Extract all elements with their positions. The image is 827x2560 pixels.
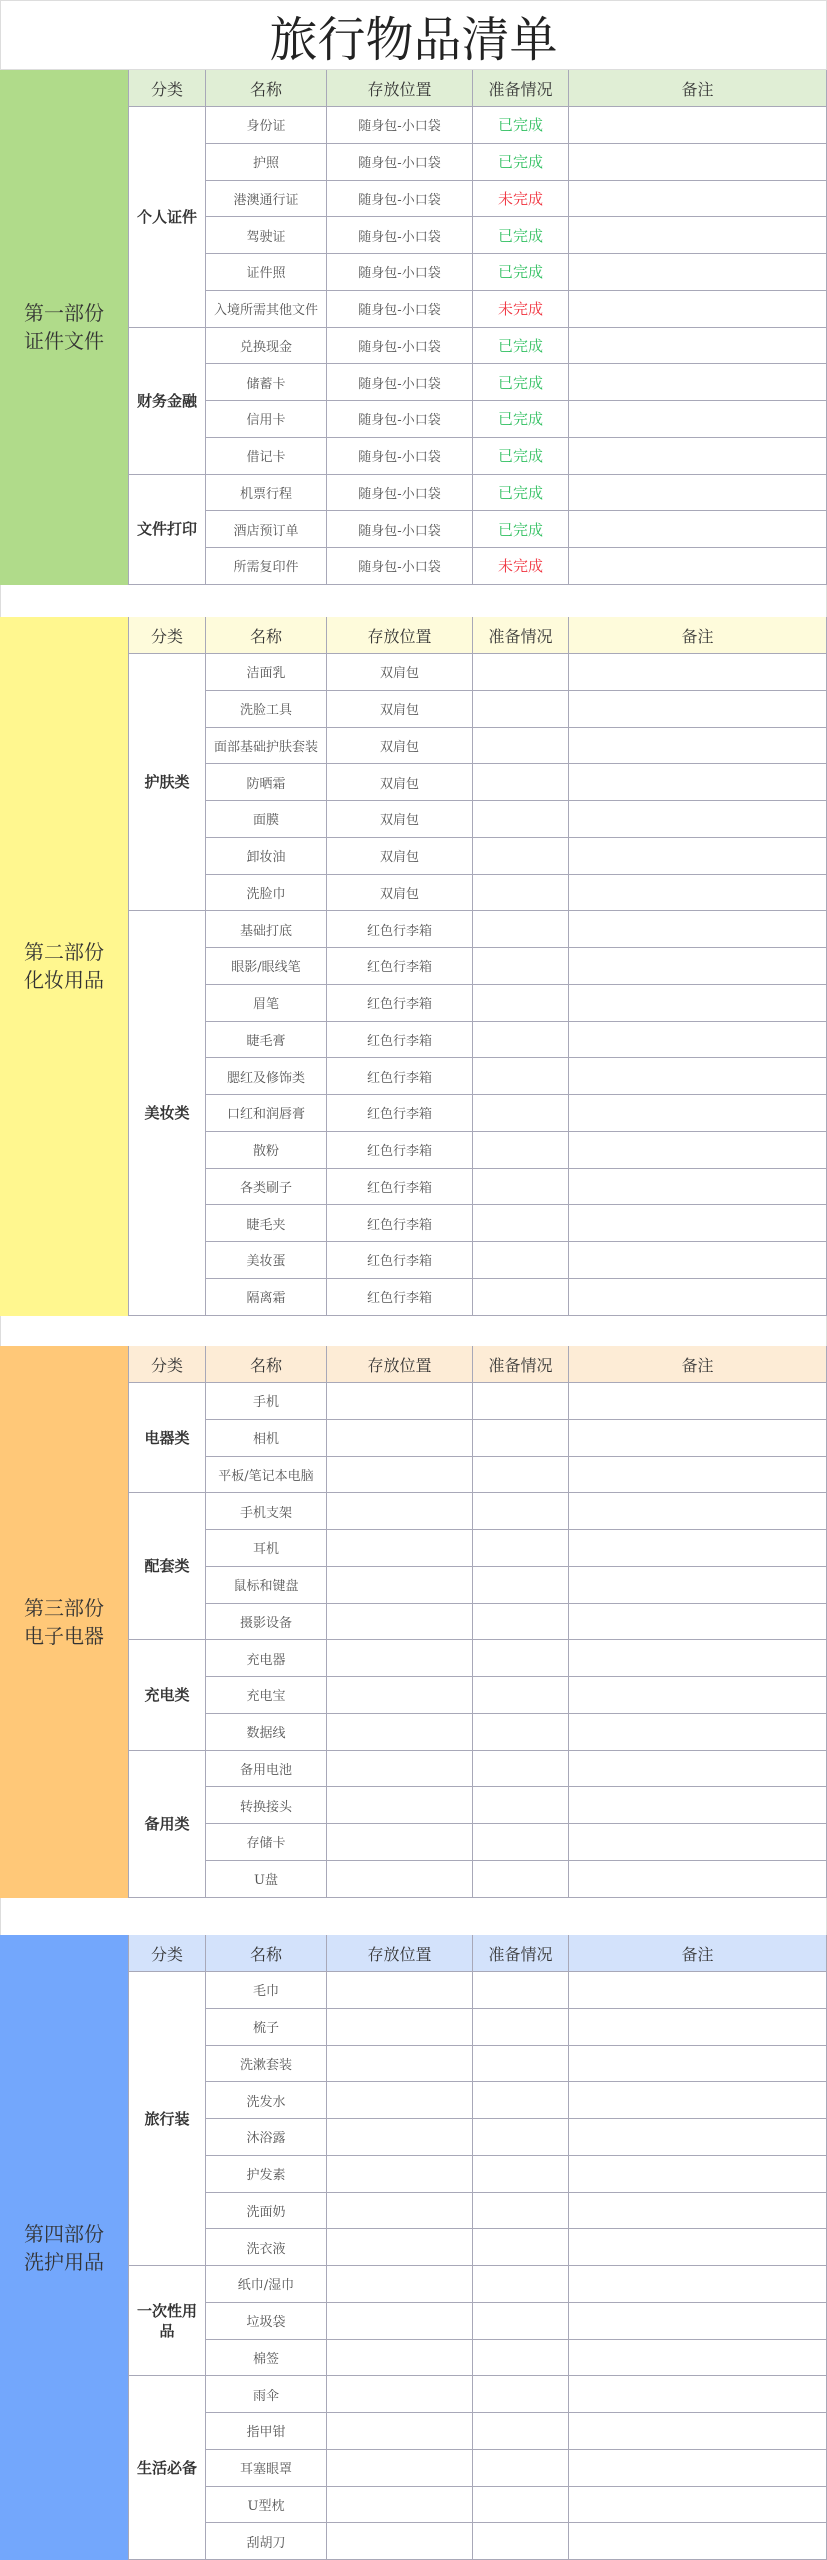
item-note-cell[interactable] xyxy=(569,1095,827,1132)
item-status-cell[interactable] xyxy=(473,2450,569,2487)
item-status-cell[interactable] xyxy=(473,875,569,912)
item-name-cell[interactable]: 证件照 xyxy=(206,254,327,291)
item-note-cell[interactable] xyxy=(569,985,827,1022)
item-status-cell[interactable] xyxy=(473,838,569,875)
item-note-cell[interactable] xyxy=(569,801,827,838)
item-status-cell[interactable] xyxy=(473,1824,569,1861)
header-name: 名称 xyxy=(206,617,327,654)
table-row: 防晒霜双肩包 xyxy=(129,764,827,801)
item-note-cell[interactable] xyxy=(569,475,827,512)
item-name-cell[interactable]: 手机 xyxy=(206,1383,327,1420)
item-status-cell[interactable] xyxy=(473,1169,569,1206)
table-row: 信用卡随身包-小口袋已完成 xyxy=(129,401,827,438)
item-location-cell[interactable]: 红色行李箱 xyxy=(327,1022,473,1059)
header-location: 存放位置 xyxy=(327,617,473,654)
item-status-cell[interactable] xyxy=(473,1242,569,1279)
item-name-cell[interactable]: 洗衣液 xyxy=(206,2229,327,2266)
item-status-cell[interactable] xyxy=(473,1787,569,1824)
header-note: 备注 xyxy=(569,1346,827,1383)
section-spacer xyxy=(0,1316,827,1347)
item-name-cell[interactable]: 面膜 xyxy=(206,801,327,838)
item-name-cell[interactable]: 毛巾 xyxy=(206,1972,327,2009)
item-status-cell[interactable] xyxy=(473,2523,569,2560)
table-row: 平板/笔记本电脑 xyxy=(129,1457,827,1494)
item-location-cell[interactable]: 双肩包 xyxy=(327,875,473,912)
item-location-cell[interactable]: 红色行李箱 xyxy=(327,948,473,985)
item-note-cell[interactable] xyxy=(569,728,827,765)
section-label: 第一部份 证件文件 xyxy=(0,70,129,585)
item-status-cell[interactable] xyxy=(473,2340,569,2377)
item-name-cell[interactable]: 洗漱套装 xyxy=(206,2046,327,2083)
item-note-cell[interactable] xyxy=(569,1530,827,1567)
item-location-cell[interactable]: 红色行李箱 xyxy=(327,1169,473,1206)
item-note-cell[interactable] xyxy=(569,254,827,291)
table-row: U型枕 xyxy=(129,2487,827,2524)
item-location-cell[interactable]: 红色行李箱 xyxy=(327,1242,473,1279)
table-row: 数据线 xyxy=(129,1714,827,1751)
item-status-cell[interactable]: 已完成 xyxy=(473,401,569,438)
item-location-cell[interactable]: 双肩包 xyxy=(327,764,473,801)
item-note-cell[interactable] xyxy=(569,1751,827,1788)
item-note-cell[interactable] xyxy=(569,1169,827,1206)
item-note-cell[interactable] xyxy=(569,438,827,475)
item-status-cell[interactable] xyxy=(473,2303,569,2340)
table-row: 储蓄卡随身包-小口袋已完成 xyxy=(129,364,827,401)
table-row: 面部基础护肤套装双肩包 xyxy=(129,728,827,765)
item-name-cell[interactable]: 身份证 xyxy=(206,107,327,144)
table-header-row: 分类名称存放位置准备情况备注 xyxy=(129,617,827,654)
item-location-cell[interactable] xyxy=(327,1972,473,2009)
item-note-cell[interactable] xyxy=(569,911,827,948)
table-row: 眉笔红色行李箱 xyxy=(129,985,827,1022)
item-note-cell[interactable] xyxy=(569,364,827,401)
item-note-cell[interactable] xyxy=(569,838,827,875)
item-location-cell[interactable] xyxy=(327,2376,473,2413)
item-note-cell[interactable] xyxy=(569,764,827,801)
item-location-cell[interactable]: 红色行李箱 xyxy=(327,1095,473,1132)
table-row: 充电宝 xyxy=(129,1677,827,1714)
item-note-cell[interactable] xyxy=(569,948,827,985)
item-status-cell[interactable] xyxy=(473,2266,569,2303)
item-status-cell[interactable] xyxy=(473,654,569,691)
item-name-cell[interactable]: 垃圾袋 xyxy=(206,2303,327,2340)
item-note-cell[interactable] xyxy=(569,1787,827,1824)
item-note-cell[interactable] xyxy=(569,875,827,912)
item-location-cell[interactable]: 随身包-小口袋 xyxy=(327,364,473,401)
item-name-cell[interactable]: 护发素 xyxy=(206,2156,327,2193)
item-note-cell[interactable] xyxy=(569,2266,827,2303)
item-note-cell[interactable] xyxy=(569,1457,827,1494)
item-status-cell[interactable] xyxy=(473,1095,569,1132)
item-note-cell[interactable] xyxy=(569,107,827,144)
item-name-cell[interactable]: 梳子 xyxy=(206,2009,327,2046)
table-row: 耳塞眼罩 xyxy=(129,2450,827,2487)
item-name-cell[interactable]: 储蓄卡 xyxy=(206,364,327,401)
item-name-cell[interactable]: 存储卡 xyxy=(206,1824,327,1861)
item-location-cell[interactable] xyxy=(327,1787,473,1824)
table-row: 刮胡刀 xyxy=(129,2523,827,2560)
item-status-cell[interactable] xyxy=(473,2193,569,2230)
item-note-cell[interactable] xyxy=(569,181,827,218)
item-status-cell[interactable] xyxy=(473,2229,569,2266)
item-location-cell[interactable]: 双肩包 xyxy=(327,691,473,728)
item-location-cell[interactable] xyxy=(327,1420,473,1457)
item-status-cell[interactable] xyxy=(473,1022,569,1059)
item-location-cell[interactable] xyxy=(327,1604,473,1641)
item-name-cell[interactable]: 棉签 xyxy=(206,2340,327,2377)
header-category: 分类 xyxy=(129,617,206,654)
table-header-row: 分类名称存放位置准备情况备注 xyxy=(129,1935,827,1972)
item-status-cell[interactable] xyxy=(473,801,569,838)
item-status-cell[interactable]: 已完成 xyxy=(473,364,569,401)
table-header-row: 分类名称存放位置准备情况备注 xyxy=(129,70,827,107)
item-note-cell[interactable] xyxy=(569,2376,827,2413)
item-location-cell[interactable] xyxy=(327,1714,473,1751)
item-name-cell[interactable]: 基础打底 xyxy=(206,911,327,948)
item-status-cell[interactable] xyxy=(473,1861,569,1898)
item-status-cell[interactable] xyxy=(473,691,569,728)
item-location-cell[interactable] xyxy=(327,1861,473,1898)
item-name-cell[interactable]: 洗脸巾 xyxy=(206,875,327,912)
item-note-cell[interactable] xyxy=(569,1279,827,1316)
table-row: 棉签 xyxy=(129,2340,827,2377)
item-note-cell[interactable] xyxy=(569,1861,827,1898)
item-name-cell[interactable]: 耳机 xyxy=(206,1530,327,1567)
item-location-cell[interactable]: 随身包-小口袋 xyxy=(327,475,473,512)
item-note-cell[interactable] xyxy=(569,1383,827,1420)
item-location-cell[interactable]: 红色行李箱 xyxy=(327,1132,473,1169)
item-status-cell[interactable] xyxy=(473,2156,569,2193)
header-status: 准备情况 xyxy=(473,1935,569,1972)
item-note-cell[interactable] xyxy=(569,1022,827,1059)
item-status-cell[interactable]: 已完成 xyxy=(473,438,569,475)
item-status-cell[interactable] xyxy=(473,1383,569,1420)
item-name-cell[interactable]: 沐浴露 xyxy=(206,2119,327,2156)
item-name-cell[interactable]: 护照 xyxy=(206,144,327,181)
table-row: 毛巾 xyxy=(129,1972,827,2009)
item-note-cell[interactable] xyxy=(569,2046,827,2083)
item-location-cell[interactable] xyxy=(327,2523,473,2560)
table-row: 手机支架 xyxy=(129,1493,827,1530)
item-name-cell[interactable]: 睫毛膏 xyxy=(206,1022,327,1059)
item-location-cell[interactable]: 双肩包 xyxy=(327,801,473,838)
item-location-cell[interactable] xyxy=(327,2340,473,2377)
item-status-cell[interactable] xyxy=(473,1205,569,1242)
item-location-cell[interactable] xyxy=(327,2450,473,2487)
item-name-cell[interactable]: 防晒霜 xyxy=(206,764,327,801)
item-status-cell[interactable]: 未完成 xyxy=(473,548,569,585)
item-name-cell[interactable]: 港澳通行证 xyxy=(206,181,327,218)
item-status-cell[interactable] xyxy=(473,1530,569,1567)
item-note-cell[interactable] xyxy=(569,1640,827,1677)
item-note-cell[interactable] xyxy=(569,217,827,254)
item-status-cell[interactable]: 未完成 xyxy=(473,181,569,218)
header-note: 备注 xyxy=(569,70,827,107)
table-row: 护照随身包-小口袋已完成 xyxy=(129,144,827,181)
item-name-cell[interactable]: 所需复印件 xyxy=(206,548,327,585)
item-status-cell[interactable] xyxy=(473,1493,569,1530)
item-status-cell[interactable]: 已完成 xyxy=(473,217,569,254)
item-status-cell[interactable] xyxy=(473,1972,569,2009)
table-row: 沐浴露 xyxy=(129,2119,827,2156)
item-location-cell[interactable] xyxy=(327,1457,473,1494)
item-status-cell[interactable] xyxy=(473,764,569,801)
header-name: 名称 xyxy=(206,1935,327,1972)
item-location-cell[interactable]: 随身包-小口袋 xyxy=(327,438,473,475)
table-row: 散粉红色行李箱 xyxy=(129,1132,827,1169)
item-name-cell[interactable]: 各类刷子 xyxy=(206,1169,327,1206)
table-row: 入境所需其他文件随身包-小口袋未完成 xyxy=(129,291,827,328)
item-location-cell[interactable]: 红色行李箱 xyxy=(327,1058,473,1095)
item-location-cell[interactable] xyxy=(327,2082,473,2119)
item-note-cell[interactable] xyxy=(569,2303,827,2340)
item-note-cell[interactable] xyxy=(569,2450,827,2487)
table-row: 隔离霜红色行李箱 xyxy=(129,1279,827,1316)
header-note: 备注 xyxy=(569,617,827,654)
item-location-cell[interactable] xyxy=(327,1751,473,1788)
item-name-cell[interactable]: 洗面奶 xyxy=(206,2193,327,2230)
item-location-cell[interactable] xyxy=(327,2413,473,2450)
item-note-cell[interactable] xyxy=(569,2119,827,2156)
table-row: 洗脸巾双肩包 xyxy=(129,875,827,912)
table-row: 洁面乳双肩包 xyxy=(129,654,827,691)
item-location-cell[interactable] xyxy=(327,2119,473,2156)
item-location-cell[interactable] xyxy=(327,2156,473,2193)
table-row: 睫毛膏红色行李箱 xyxy=(129,1022,827,1059)
item-name-cell[interactable]: 相机 xyxy=(206,1420,327,1457)
item-name-cell[interactable]: 口红和润唇膏 xyxy=(206,1095,327,1132)
item-name-cell[interactable]: 入境所需其他文件 xyxy=(206,291,327,328)
item-note-cell[interactable] xyxy=(569,1677,827,1714)
table-row: 洗脸工具双肩包 xyxy=(129,691,827,728)
item-note-cell[interactable] xyxy=(569,1714,827,1751)
item-status-cell[interactable]: 已完成 xyxy=(473,475,569,512)
item-status-cell[interactable] xyxy=(473,2119,569,2156)
item-note-cell[interactable] xyxy=(569,1420,827,1457)
item-name-cell[interactable]: 充电宝 xyxy=(206,1677,327,1714)
item-location-cell[interactable] xyxy=(327,2009,473,2046)
item-location-cell[interactable]: 红色行李箱 xyxy=(327,1205,473,1242)
item-name-cell[interactable]: 驾驶证 xyxy=(206,217,327,254)
header-category: 分类 xyxy=(129,1346,206,1383)
item-name-cell[interactable]: 刮胡刀 xyxy=(206,2523,327,2560)
table-row: U盘 xyxy=(129,1861,827,1898)
item-name-cell[interactable]: 指甲钳 xyxy=(206,2413,327,2450)
item-name-cell[interactable]: 充电器 xyxy=(206,1640,327,1677)
item-location-cell[interactable] xyxy=(327,2487,473,2524)
item-name-cell[interactable]: 卸妆油 xyxy=(206,838,327,875)
section-spacer xyxy=(0,1898,827,1936)
item-status-cell[interactable]: 已完成 xyxy=(473,511,569,548)
item-location-cell[interactable]: 随身包-小口袋 xyxy=(327,181,473,218)
table-row: 基础打底红色行李箱 xyxy=(129,911,827,948)
item-status-cell[interactable] xyxy=(473,1751,569,1788)
item-location-cell[interactable]: 红色行李箱 xyxy=(327,911,473,948)
table-row: 口红和润唇膏红色行李箱 xyxy=(129,1095,827,1132)
item-status-cell[interactable] xyxy=(473,1132,569,1169)
table-row: 手机 xyxy=(129,1383,827,1420)
item-note-cell[interactable] xyxy=(569,291,827,328)
item-note-cell[interactable] xyxy=(569,1132,827,1169)
item-status-cell[interactable] xyxy=(473,1640,569,1677)
item-name-cell[interactable]: 纸巾/湿巾 xyxy=(206,2266,327,2303)
item-note-cell[interactable] xyxy=(569,1242,827,1279)
section-2: 第二部份 化妆用品分类名称存放位置准备情况备注护肤类洁面乳双肩包洗脸工具双肩包面… xyxy=(0,617,827,1316)
table-row: 摄影设备 xyxy=(129,1604,827,1641)
item-note-cell[interactable] xyxy=(569,548,827,585)
item-location-cell[interactable] xyxy=(327,1567,473,1604)
item-name-cell[interactable]: U盘 xyxy=(206,1861,327,1898)
table-row: 洗衣液 xyxy=(129,2229,827,2266)
header-category: 分类 xyxy=(129,1935,206,1972)
item-note-cell[interactable] xyxy=(569,1824,827,1861)
item-location-cell[interactable]: 双肩包 xyxy=(327,728,473,765)
item-name-cell[interactable]: 信用卡 xyxy=(206,401,327,438)
item-note-cell[interactable] xyxy=(569,328,827,365)
table-row: 证件照随身包-小口袋已完成 xyxy=(129,254,827,291)
item-status-cell[interactable] xyxy=(473,2413,569,2450)
table-row: 转换接头 xyxy=(129,1787,827,1824)
item-name-cell[interactable]: 平板/笔记本电脑 xyxy=(206,1457,327,1494)
item-note-cell[interactable] xyxy=(569,144,827,181)
item-name-cell[interactable]: 耳塞眼罩 xyxy=(206,2450,327,2487)
item-name-cell[interactable]: 腮红及修饰类 xyxy=(206,1058,327,1095)
item-name-cell[interactable]: 备用电池 xyxy=(206,1751,327,1788)
item-status-cell[interactable] xyxy=(473,2082,569,2119)
item-note-cell[interactable] xyxy=(569,2340,827,2377)
item-location-cell[interactable] xyxy=(327,2229,473,2266)
item-status-cell[interactable] xyxy=(473,2376,569,2413)
item-status-cell[interactable] xyxy=(473,728,569,765)
item-location-cell[interactable] xyxy=(327,1677,473,1714)
item-note-cell[interactable] xyxy=(569,2009,827,2046)
header-location: 存放位置 xyxy=(327,1935,473,1972)
item-note-cell[interactable] xyxy=(569,654,827,691)
item-location-cell[interactable] xyxy=(327,1493,473,1530)
item-status-cell[interactable]: 已完成 xyxy=(473,107,569,144)
item-note-cell[interactable] xyxy=(569,1058,827,1095)
item-note-cell[interactable] xyxy=(569,1604,827,1641)
item-location-cell[interactable]: 随身包-小口袋 xyxy=(327,401,473,438)
item-note-cell[interactable] xyxy=(569,511,827,548)
item-name-cell[interactable]: 借记卡 xyxy=(206,438,327,475)
item-status-cell[interactable] xyxy=(473,1058,569,1095)
table-row: 指甲钳 xyxy=(129,2413,827,2450)
item-location-cell[interactable]: 随身包-小口袋 xyxy=(327,217,473,254)
table-row: 洗面奶 xyxy=(129,2193,827,2230)
item-name-cell[interactable]: 面部基础护肤套装 xyxy=(206,728,327,765)
item-location-cell[interactable]: 随身包-小口袋 xyxy=(327,254,473,291)
item-name-cell[interactable]: 转换接头 xyxy=(206,1787,327,1824)
item-name-cell[interactable]: 雨伞 xyxy=(206,2376,327,2413)
item-status-cell[interactable] xyxy=(473,1567,569,1604)
section-label: 第四部份 洗护用品 xyxy=(0,1935,129,2560)
item-location-cell[interactable]: 红色行李箱 xyxy=(327,1279,473,1316)
item-location-cell[interactable] xyxy=(327,1383,473,1420)
item-location-cell[interactable]: 双肩包 xyxy=(327,838,473,875)
item-note-cell[interactable] xyxy=(569,1205,827,1242)
item-status-cell[interactable] xyxy=(473,1279,569,1316)
item-name-cell[interactable]: 美妆蛋 xyxy=(206,1242,327,1279)
table-row: 梳子 xyxy=(129,2009,827,2046)
item-status-cell[interactable] xyxy=(473,985,569,1022)
item-status-cell[interactable] xyxy=(473,2046,569,2083)
item-note-cell[interactable] xyxy=(569,2523,827,2560)
item-status-cell[interactable] xyxy=(473,2009,569,2046)
item-status-cell[interactable] xyxy=(473,2487,569,2524)
item-note-cell[interactable] xyxy=(569,691,827,728)
item-location-cell[interactable]: 随身包-小口袋 xyxy=(327,548,473,585)
item-note-cell[interactable] xyxy=(569,401,827,438)
item-name-cell[interactable]: U型枕 xyxy=(206,2487,327,2524)
item-location-cell[interactable]: 随身包-小口袋 xyxy=(327,328,473,365)
item-name-cell[interactable]: 兑换现金 xyxy=(206,328,327,365)
table-row: 鼠标和键盘 xyxy=(129,1567,827,1604)
item-name-cell[interactable]: 眉笔 xyxy=(206,985,327,1022)
item-name-cell[interactable]: 洗发水 xyxy=(206,2082,327,2119)
item-status-cell[interactable] xyxy=(473,1457,569,1494)
item-note-cell[interactable] xyxy=(569,2156,827,2193)
item-name-cell[interactable]: 洗脸工具 xyxy=(206,691,327,728)
item-note-cell[interactable] xyxy=(569,1972,827,2009)
item-location-cell[interactable]: 红色行李箱 xyxy=(327,985,473,1022)
item-name-cell[interactable]: 眼影/眼线笔 xyxy=(206,948,327,985)
item-location-cell[interactable]: 随身包-小口袋 xyxy=(327,107,473,144)
item-status-cell[interactable] xyxy=(473,911,569,948)
item-location-cell[interactable] xyxy=(327,1640,473,1677)
item-note-cell[interactable] xyxy=(569,2229,827,2266)
item-location-cell[interactable] xyxy=(327,2046,473,2083)
item-status-cell[interactable] xyxy=(473,1604,569,1641)
item-name-cell[interactable]: 隔离霜 xyxy=(206,1279,327,1316)
item-status-cell[interactable] xyxy=(473,1677,569,1714)
item-name-cell[interactable]: 摄影设备 xyxy=(206,1604,327,1641)
item-note-cell[interactable] xyxy=(569,2413,827,2450)
item-name-cell[interactable]: 数据线 xyxy=(206,1714,327,1751)
item-status-cell[interactable]: 已完成 xyxy=(473,144,569,181)
item-location-cell[interactable] xyxy=(327,2266,473,2303)
item-location-cell[interactable]: 随身包-小口袋 xyxy=(327,291,473,328)
item-note-cell[interactable] xyxy=(569,1493,827,1530)
item-name-cell[interactable]: 鼠标和键盘 xyxy=(206,1567,327,1604)
item-location-cell[interactable] xyxy=(327,2303,473,2340)
item-note-cell[interactable] xyxy=(569,1567,827,1604)
item-name-cell[interactable]: 洁面乳 xyxy=(206,654,327,691)
item-name-cell[interactable]: 酒店预订单 xyxy=(206,511,327,548)
item-location-cell[interactable]: 双肩包 xyxy=(327,654,473,691)
item-name-cell[interactable]: 散粉 xyxy=(206,1132,327,1169)
item-note-cell[interactable] xyxy=(569,2193,827,2230)
item-location-cell[interactable] xyxy=(327,1824,473,1861)
item-note-cell[interactable] xyxy=(569,2487,827,2524)
item-location-cell[interactable] xyxy=(327,1530,473,1567)
item-status-cell[interactable]: 已完成 xyxy=(473,328,569,365)
item-status-cell[interactable] xyxy=(473,948,569,985)
header-location: 存放位置 xyxy=(327,70,473,107)
item-name-cell[interactable]: 睫毛夹 xyxy=(206,1205,327,1242)
item-status-cell[interactable]: 未完成 xyxy=(473,291,569,328)
item-name-cell[interactable]: 手机支架 xyxy=(206,1493,327,1530)
item-status-cell[interactable] xyxy=(473,1420,569,1457)
item-note-cell[interactable] xyxy=(569,2082,827,2119)
table-row: 兑换现金随身包-小口袋已完成 xyxy=(129,328,827,365)
item-location-cell[interactable]: 随身包-小口袋 xyxy=(327,144,473,181)
item-name-cell[interactable]: 机票行程 xyxy=(206,475,327,512)
item-location-cell[interactable] xyxy=(327,2193,473,2230)
item-location-cell[interactable]: 随身包-小口袋 xyxy=(327,511,473,548)
item-status-cell[interactable]: 已完成 xyxy=(473,254,569,291)
item-status-cell[interactable] xyxy=(473,1714,569,1751)
